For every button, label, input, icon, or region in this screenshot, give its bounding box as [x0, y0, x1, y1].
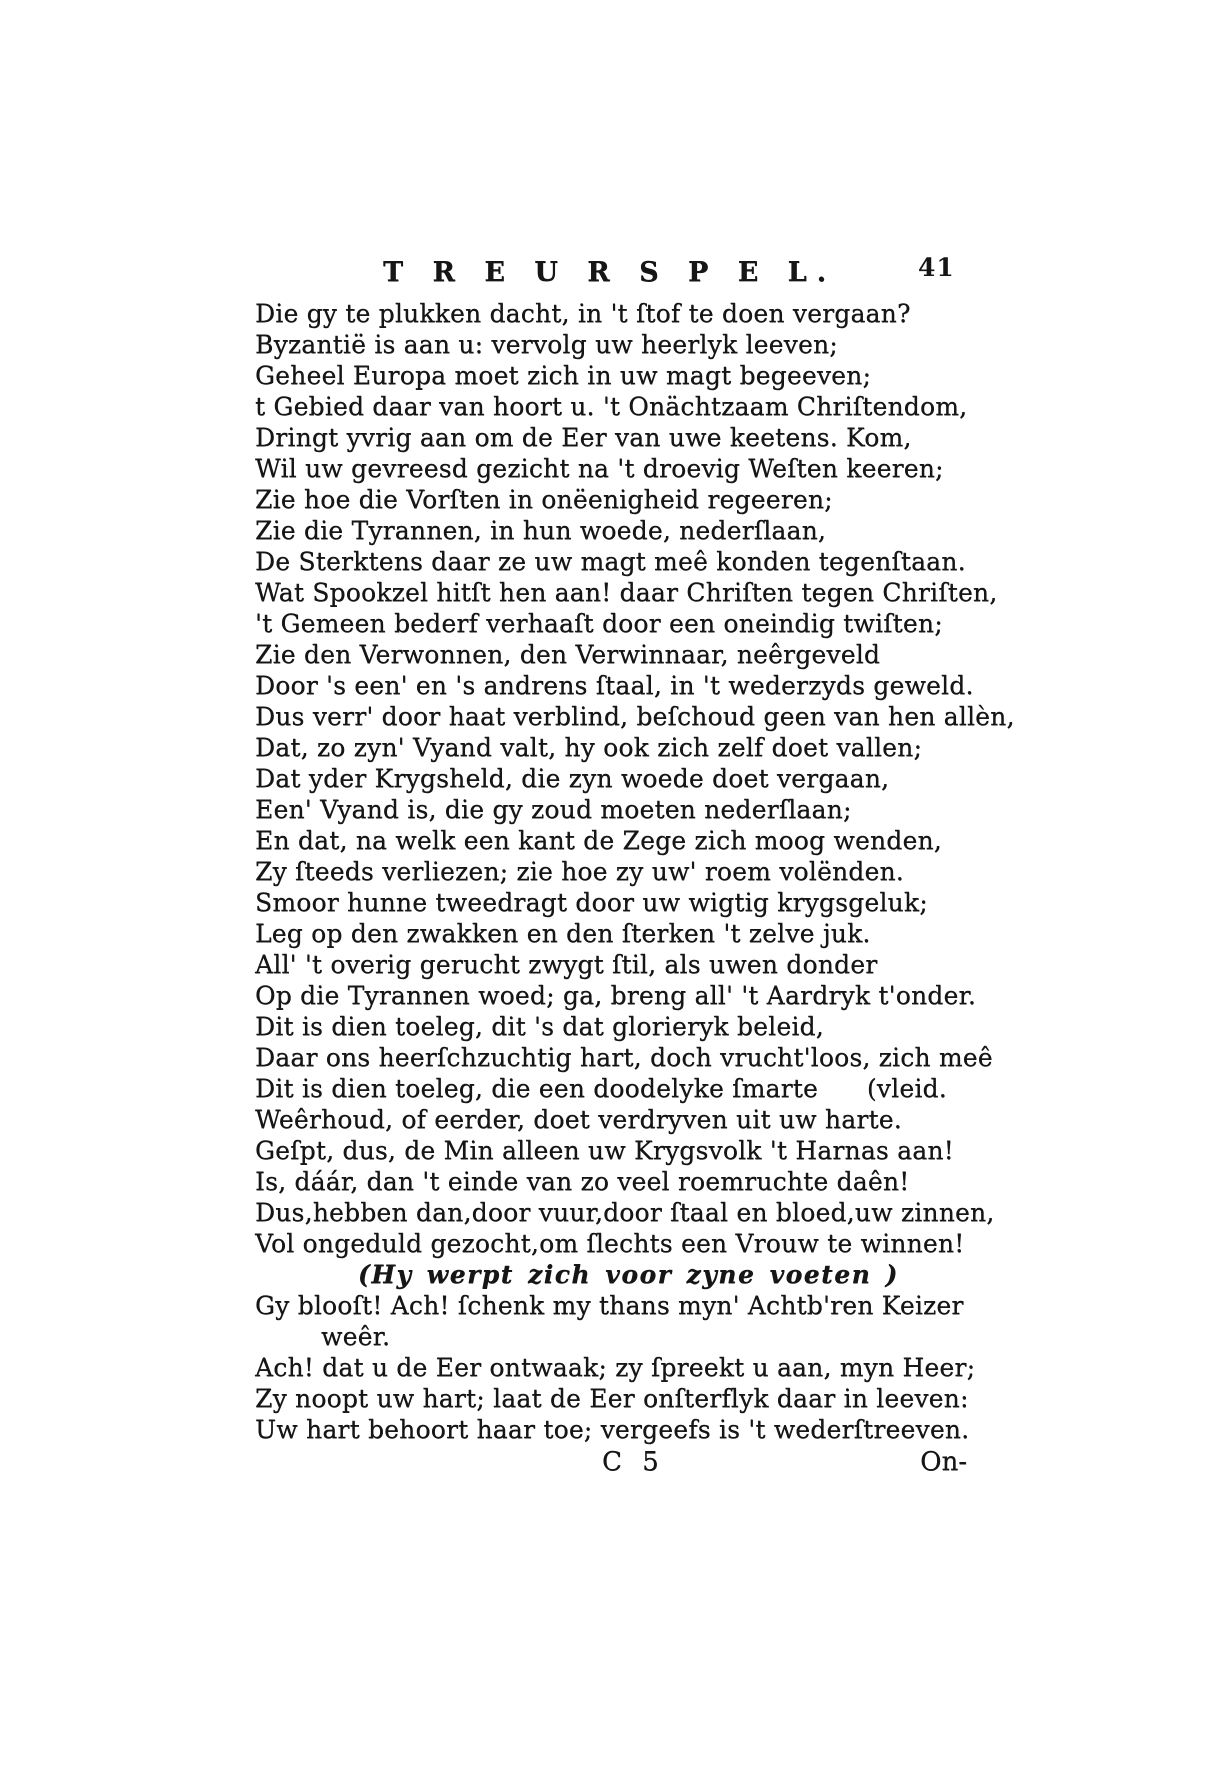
poem-line: Geheel Europa moet zich in uw magt begee… — [255, 360, 1035, 391]
page-number: 41 — [918, 253, 955, 282]
poem-line: Door 's een' en 's andrens ſtaal, in 't … — [255, 670, 1035, 701]
poem-line: Die gy te plukken dacht, in 't ſtof te d… — [255, 298, 1035, 329]
poem-line: Dat yder Krygsheld, die zyn woede doet v… — [255, 763, 1035, 794]
poem-line: Uw hart behoort haar toe; vergeefs is 't… — [255, 1414, 1035, 1445]
poem-line: Wil uw gevreesd gezicht na 't droevig We… — [255, 453, 1035, 484]
poem-line: Zie die Tyrannen, in hun woede, nederſla… — [255, 515, 1035, 546]
poem-line: Ach! dat u de Eer ontwaak; zy ſpreekt u … — [255, 1352, 1035, 1383]
stage-direction-line: (Hy werpt zich voor zyne voeten ) — [255, 1259, 1035, 1290]
poem-line: Zie hoe die Vorſten in onëenigheid regee… — [255, 484, 1035, 515]
poem-line: Vol ongeduld gezocht,om ſlechts een Vrou… — [255, 1228, 1035, 1259]
signature-mark: C 5 — [602, 1447, 665, 1477]
poem-line: En dat, na welk een kant de Zege zich mo… — [255, 825, 1035, 856]
text-block: T R E U R S P E L. 41 Die gy te plukken … — [255, 257, 1035, 1481]
poem-line: Op die Tyrannen woed; ga, breng all' 't … — [255, 980, 1035, 1011]
poem-line: Een' Vyand is, die gy zoud moeten nederſ… — [255, 794, 1035, 825]
poem-line: Weêrhoud, of eerder, doet verdryven uit … — [255, 1104, 1035, 1135]
poem-line: De Sterktens daar ze uw magt meê konden … — [255, 546, 1035, 577]
poem-line: Zy ſteeds verliezen; zie hoe zy uw' roem… — [255, 856, 1035, 887]
poem-line: Gy blooſt! Ach! ſchenk my thans myn' Ach… — [255, 1290, 1035, 1321]
poem-line: Geſpt, dus, de Min alleen uw Krygsvolk '… — [255, 1135, 1035, 1166]
poem-line: 't Gemeen bederf verhaaſt door een onein… — [255, 608, 1035, 639]
poem-line: Smoor hunne tweedragt door uw wigtig kry… — [255, 887, 1035, 918]
poem-line: Dringt yvrig aan om de Eer van uwe keete… — [255, 422, 1035, 453]
continuation-line: weêr. — [255, 1321, 1035, 1352]
poem-line: Wat Spookzel hitſt hen aan! daar Chriſte… — [255, 577, 1035, 608]
poem-line: Leg op den zwakken en den ſterken 't zel… — [255, 918, 1035, 949]
poem-line: Dit is dien toeleg, dit 's dat glorieryk… — [255, 1011, 1035, 1042]
poem-line: Dat, zo zyn' Vyand valt, hy ook zich zel… — [255, 732, 1035, 763]
poem-line: All' 't overig gerucht zwygt ſtil, als u… — [255, 949, 1035, 980]
poem-line: Byzantië is aan u: vervolg uw heerlyk le… — [255, 329, 1035, 360]
book-page-scan: T R E U R S P E L. 41 Die gy te plukken … — [0, 0, 1230, 1782]
poem-line: Dus verr' door haat verblind, beſchoud g… — [255, 701, 1035, 732]
poem-line: t Gebied daar van hoort u. 't Onächtzaam… — [255, 391, 1035, 422]
page-header-title: T R E U R S P E L. — [383, 257, 836, 288]
poem-line: Zie den Verwonnen, den Verwinnaar, neêrg… — [255, 639, 1035, 670]
poem-line: Zy noopt uw hart; laat de Eer onſterflyk… — [255, 1383, 1035, 1414]
poem-line: Daar ons heerſchzuchtig hart, doch vruch… — [255, 1042, 1035, 1073]
poem-line: Is, dáár, dan 't einde van zo veel roemr… — [255, 1166, 1035, 1197]
poem-body: Die gy te plukken dacht, in 't ſtof te d… — [255, 298, 1035, 1445]
catchword: On- — [920, 1447, 967, 1477]
page-footer: C 5 On- — [255, 1447, 1035, 1481]
running-header: T R E U R S P E L. 41 — [255, 257, 1035, 298]
poem-line: Dit is dien toeleg, die een doodelyke ſm… — [255, 1073, 1035, 1104]
poem-line: Dus,hebben dan,door vuur,door ſtaal en b… — [255, 1197, 1035, 1228]
